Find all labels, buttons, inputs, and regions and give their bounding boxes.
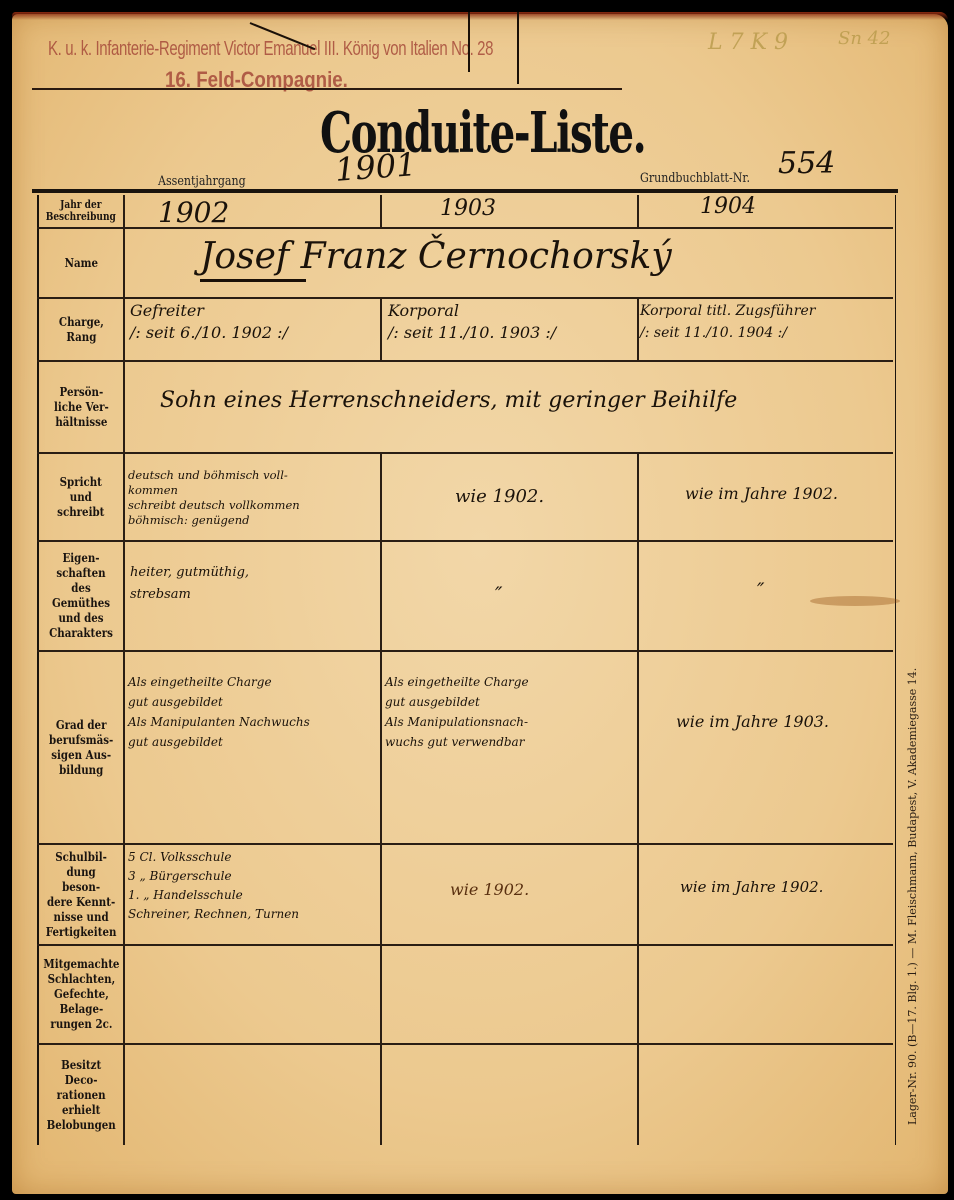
pen-stroke [468,12,470,72]
training-1904: wie im Jahre 1903. [676,712,829,731]
row-divider [37,297,893,299]
row-label-spricht: Spricht und schreibt [39,452,123,540]
assentjahrgang-value: 1901 [334,145,418,189]
row-label-schulbildung: Schulbil- dung beson- dere Kennt- nisse … [39,843,123,944]
assentjahrgang-label: Assentjahrgang [158,174,246,189]
label-column-divider [123,195,125,1145]
row-label-charge: Charge, Rang [39,297,123,360]
row-divider [37,650,893,652]
row-label-eigenschaften: Eigen- schaften des Gemüthes und des Cha… [39,540,123,650]
charge-1903: Korporal /: seit 11./10. 1903 :/ [388,300,633,344]
grundbuchblatt-value: 554 [778,146,835,181]
pencil-note: L 7 K 9 [708,30,788,55]
education-1902: 5 Cl. Volksschule 3 „ Bürgerschule 1. „ … [128,848,378,924]
row-divider [37,452,893,454]
row-label-name: Name [39,227,123,297]
row-divider [37,360,893,362]
character-1904: ″ [757,578,764,602]
row-label-persoenliche: Persön- liche Ver- hältnisse [39,360,123,452]
year-1902: 1902 [158,196,229,229]
training-1902: Als eingetheilte Charge gut ausgebildet … [128,672,378,752]
row-label-schlachten: Mitgemachte Schlachten, Gefechte, Belage… [39,944,123,1043]
languages-1904: wie im Jahre 1902. [685,484,838,503]
column-divider [380,452,382,1145]
year-1903: 1903 [440,196,496,221]
row-divider [37,944,893,946]
row-label-decorationen: Besitzt Deco- rationen erhielt Belobunge… [39,1043,123,1145]
charge-1904: Korporal titl. Zugsführer /: seit 11./10… [640,300,890,344]
personal-circumstances: Sohn eines Herrenschneiders, mit geringe… [160,388,737,413]
paper-stain [810,596,900,606]
education-1904: wie im Jahre 1902. [680,878,823,896]
education-1903: wie 1902. [450,880,529,899]
pen-stroke [517,12,519,84]
table-top-rule [32,189,898,193]
character-1903: ″ [495,582,502,606]
row-label-jahr: Jahr der Beschreibung [39,195,123,227]
person-name: Josef Franz Černochorský [200,236,672,277]
paper-edge-stain [12,12,948,20]
grundbuchblatt-label: Grundbuchblatt-Nr. [640,171,750,186]
column-divider [637,195,639,227]
year-1904: 1904 [700,194,756,219]
languages-1903: wie 1902. [455,486,544,507]
name-underline [200,279,306,282]
pencil-note: Sn 42 [838,28,891,49]
column-divider [637,297,639,360]
row-divider [37,540,893,542]
printer-imprint: Lager-Nr. 90. (B—17. Blg. 1.) — M. Fleis… [906,668,919,1125]
column-divider [637,452,639,1145]
row-divider [37,1043,893,1045]
regiment-stamp: K. u. k. Infanterie-Regiment Victor Eman… [48,38,498,61]
column-divider [380,297,382,360]
stamp-underline [32,88,622,90]
row-divider [37,843,893,845]
charge-1902: Gefreiter /: seit 6./10. 1902 :/ [130,300,375,344]
training-1903: Als eingetheilte Charge gut ausgebildet … [385,672,635,752]
row-label-ausbildung: Grad der berufsmäs- sigen Aus- bildung [39,650,123,843]
column-divider [380,195,382,227]
languages-1902: deutsch und böhmisch voll- kommen schrei… [128,468,378,528]
character-1902: heiter, gutmüthig, strebsam [130,562,375,606]
